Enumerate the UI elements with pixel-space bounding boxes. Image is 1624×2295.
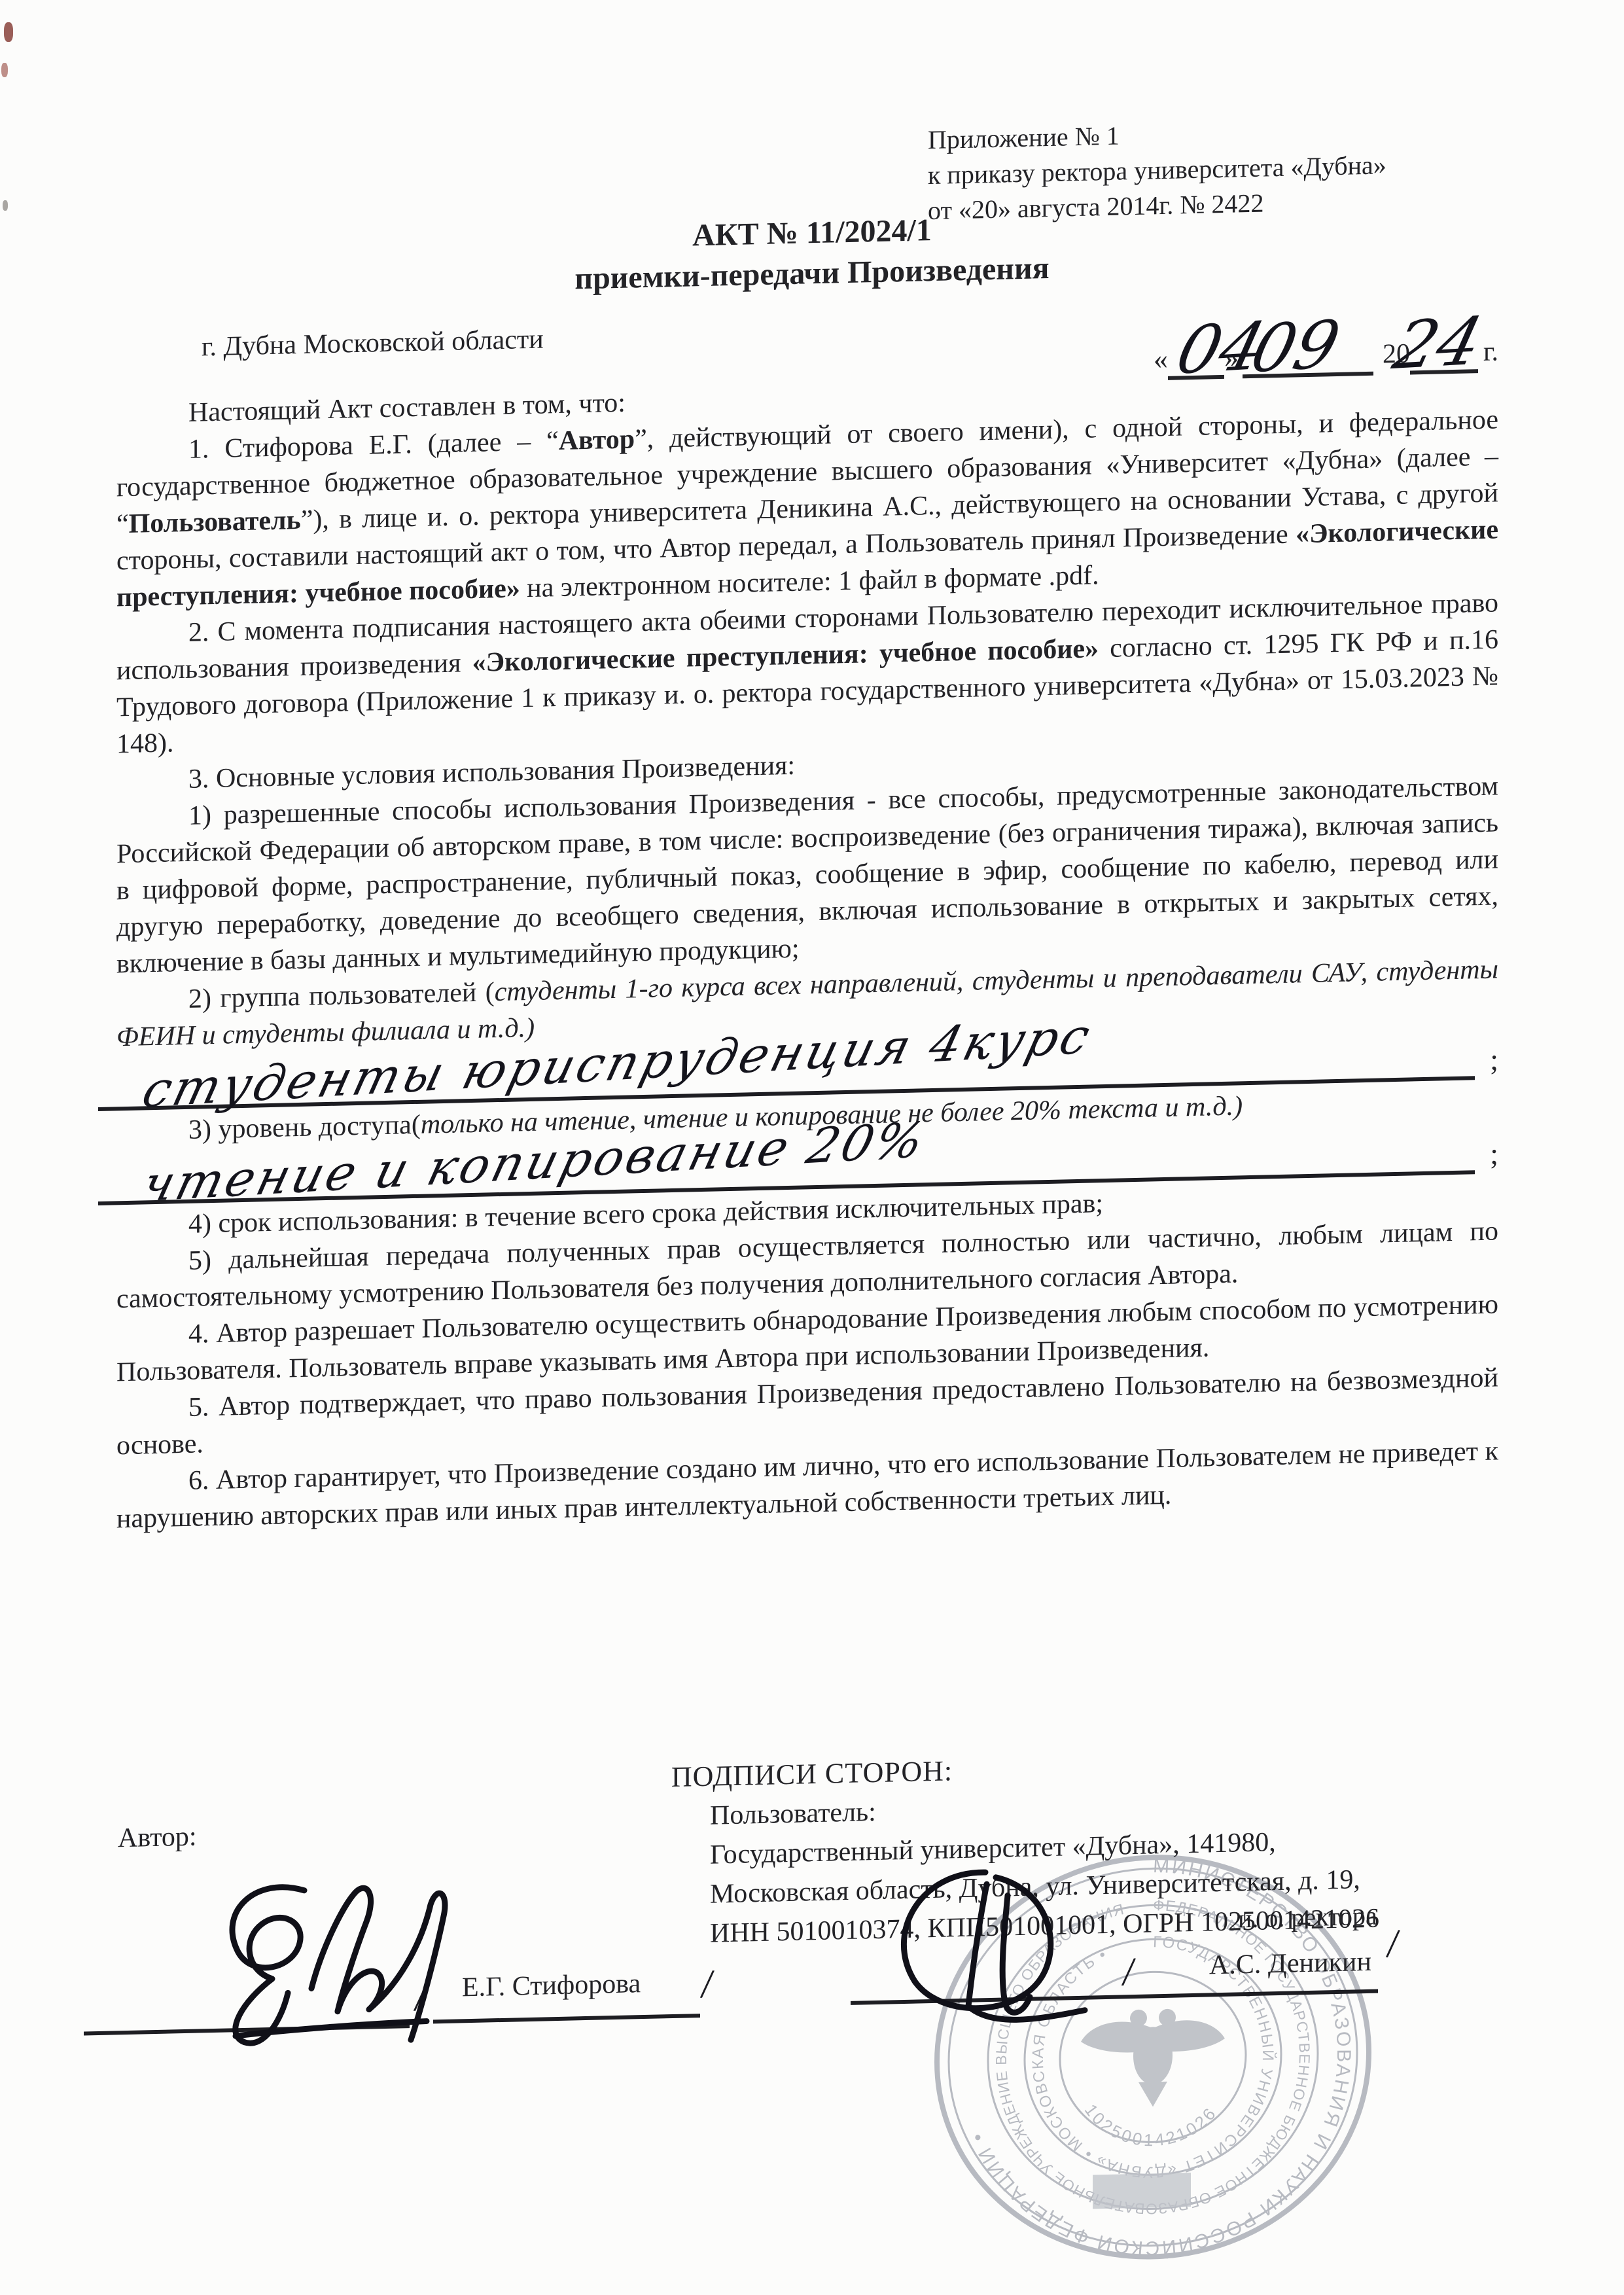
p1-term-author: Автор xyxy=(559,424,635,456)
document-title: АКТ № 11/2024/1 приемки-передачи Произве… xyxy=(0,194,1624,312)
scan-speck xyxy=(4,22,13,42)
p1-term-user: Пользователь xyxy=(129,505,301,539)
item2-text: 2) группа пользователей ( xyxy=(188,977,495,1014)
author-printed-name: Е.Г. Стифорова xyxy=(462,1968,641,2003)
scan-speck xyxy=(1,63,8,77)
stamp-ogrn-text: 1025001421026 xyxy=(1081,2097,1221,2152)
rector-role: и. о. ректора xyxy=(1238,1900,1377,1934)
document-body: Настоящий Акт составлен в том, что: 1. С… xyxy=(116,365,1498,1537)
condition-item-1: 1) разрешенные способы использования Про… xyxy=(116,768,1498,982)
p1-text: 1. Стифорова Е.Г. (далее – “ xyxy=(188,426,559,465)
author-name-line xyxy=(433,2014,700,2023)
place-date-row: г. Дубна Московской области « 04 » 09 20… xyxy=(116,302,1498,365)
stamp-bottom-mark xyxy=(1093,2173,1191,2209)
fill-semicolon: ; xyxy=(1475,1134,1498,1174)
p2-work-title: «Экологические преступления: учебное пос… xyxy=(472,633,1099,678)
paragraph-1: 1. Стифорова Е.Г. (далее – “Автор”, дейс… xyxy=(116,401,1498,616)
rector-printed-name: А.С. Деникин xyxy=(1209,1946,1371,1982)
page-content: Приложение № 1 к приказу ректора универс… xyxy=(0,0,1624,2295)
author-slash-right: / xyxy=(699,1959,715,2008)
author-label: Автор: xyxy=(118,1821,197,1855)
author-signature xyxy=(183,1866,458,2069)
rector-slash-right: / xyxy=(1385,1919,1401,1968)
item3-text: 3) уровень доступа( xyxy=(188,1110,421,1145)
fill-semicolon: ; xyxy=(1475,1040,1498,1080)
stamp-eagle-emblem xyxy=(1081,2008,1225,2108)
scan-speck xyxy=(3,200,8,211)
scanned-page: Приложение № 1 к приказу ректора универс… xyxy=(0,0,1624,2295)
rector-signature xyxy=(874,1856,1090,2037)
place-text: г. Дубна Московской области xyxy=(202,324,544,363)
